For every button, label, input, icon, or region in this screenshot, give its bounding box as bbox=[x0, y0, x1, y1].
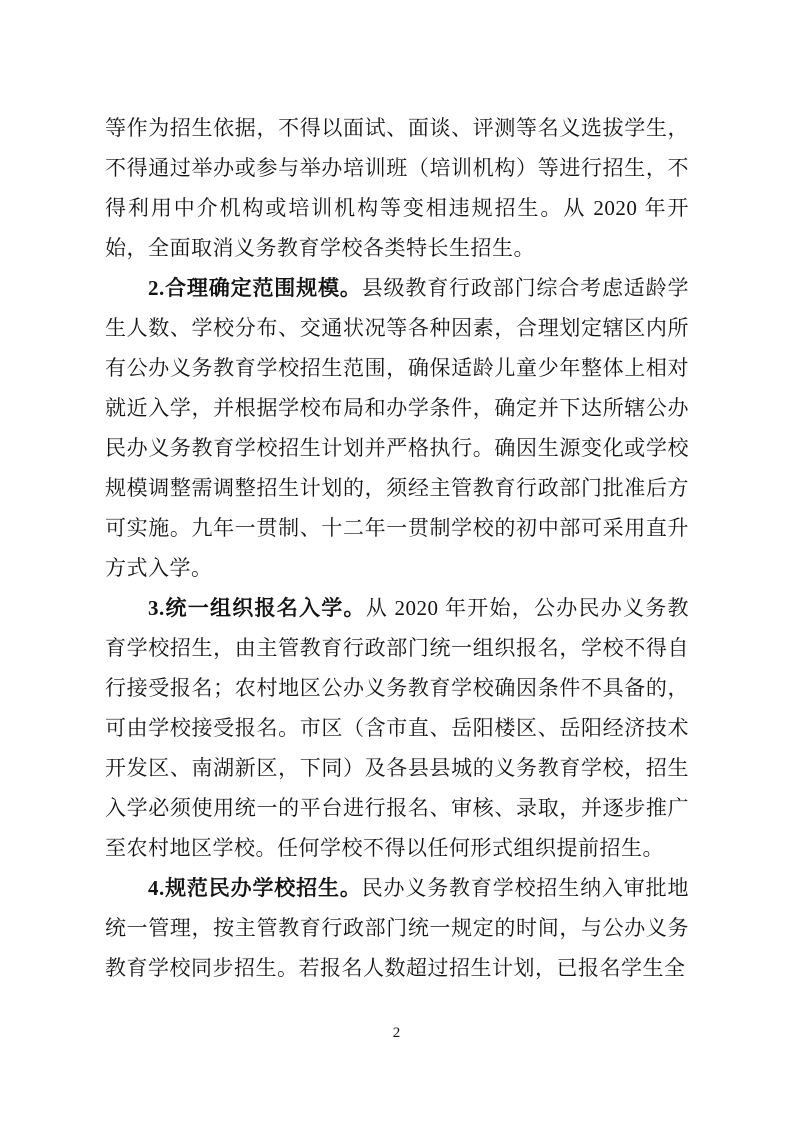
paragraph-text: 等作为招生依据，不得以面试、面谈、评测等名义选拔学生，不得通过举办或参与举办培训… bbox=[105, 116, 689, 260]
paragraph-section-4: 4.规范民办学校招生。民办义务教育学校招生纳入审批地统一管理，按主管教育行政部门… bbox=[105, 868, 689, 988]
paragraph-section-2: 2.合理确定范围规模。县级教育行政部门综合考虑适龄学生人数、学校分布、交通状况等… bbox=[105, 268, 689, 588]
paragraph-lead: 3.统一组织报名入学。 bbox=[148, 596, 366, 620]
document-page: 等作为招生依据，不得以面试、面谈、评测等名义选拔学生，不得通过举办或参与举办培训… bbox=[0, 0, 793, 1122]
paragraph-lead: 4.规范民办学校招生。 bbox=[148, 876, 362, 900]
page-number: 2 bbox=[0, 1022, 793, 1044]
paragraph-continuation: 等作为招生依据，不得以面试、面谈、评测等名义选拔学生，不得通过举办或参与举办培训… bbox=[105, 108, 689, 268]
paragraph-text: 县级教育行政部门综合考虑适龄学生人数、学校分布、交通状况等各种因素，合理划定辖区… bbox=[105, 276, 689, 580]
paragraph-section-3: 3.统一组织报名入学。从 2020 年开始，公办民办义务教育学校招生，由主管教育… bbox=[105, 588, 689, 868]
document-body: 等作为招生依据，不得以面试、面谈、评测等名义选拔学生，不得通过举办或参与举办培训… bbox=[105, 108, 689, 988]
paragraph-lead: 2.合理确定范围规模。 bbox=[148, 276, 362, 300]
paragraph-text: 从 2020 年开始，公办民办义务教育学校招生，由主管教育行政部门统一组织报名，… bbox=[105, 596, 689, 860]
